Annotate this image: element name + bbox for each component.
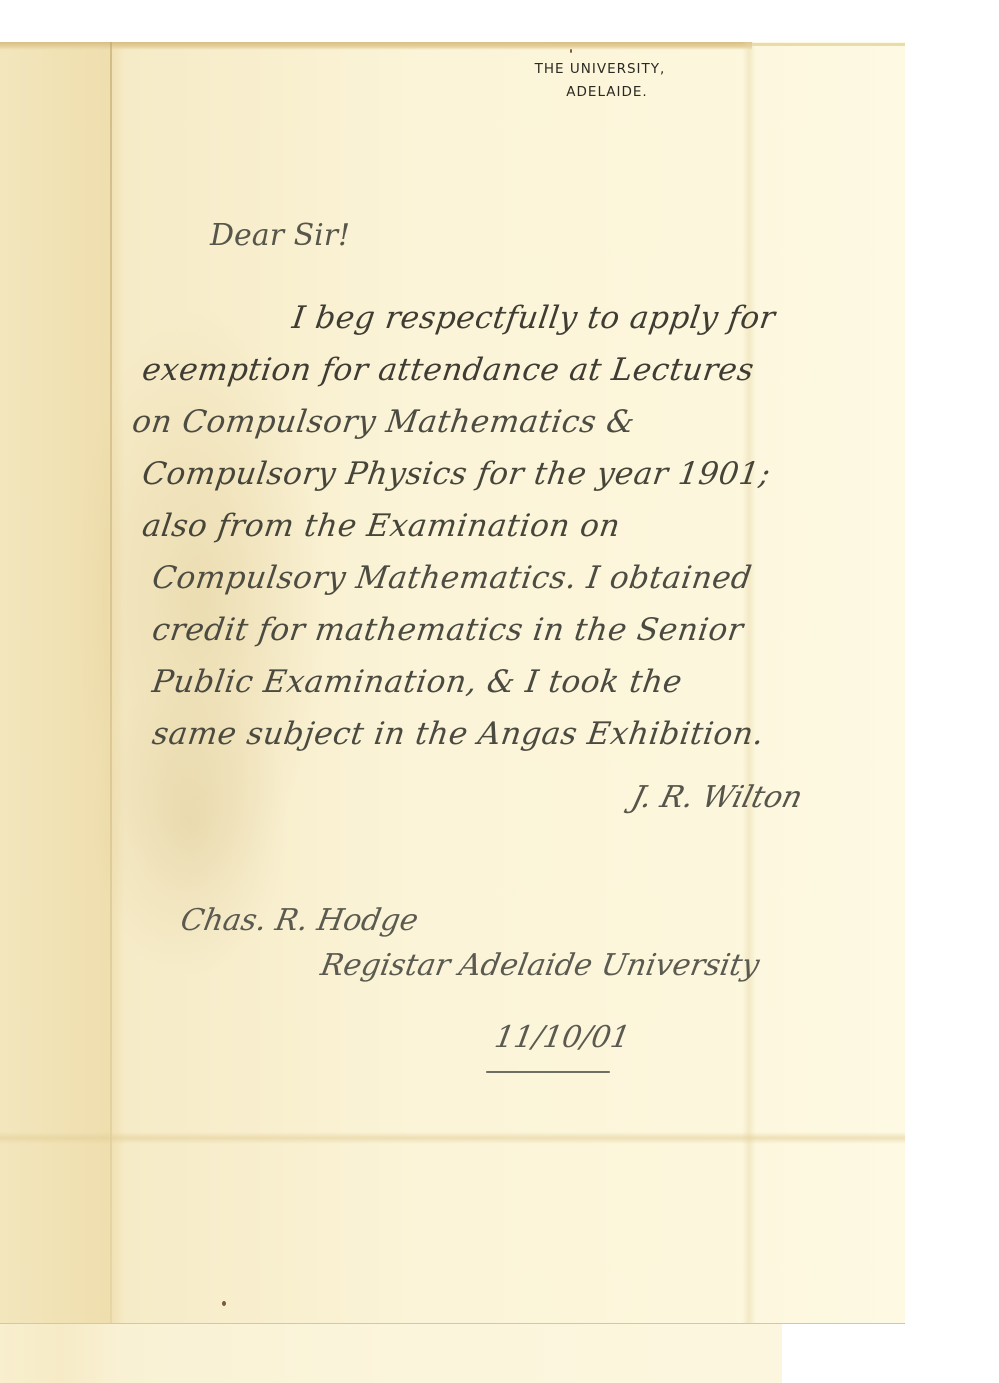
body-line: Compulsory Physics for the year 1901; [140,456,773,492]
body-line: I beg respectfully to apply for [290,300,778,336]
body-line: credit for mathematics in the Senior [150,612,746,648]
letterhead-line-2: ADELAIDE. [490,81,710,104]
addressee-title: Registar Adelaide University [318,948,762,983]
horizontal-fold [0,1132,905,1144]
body-line: exemption for attendance at Lectures [140,352,756,388]
body-line: on Compulsory Mathematics & [130,404,637,440]
letter-date: 11/10/01 [492,1020,633,1055]
vertical-fold-right [742,42,756,1323]
salutation: Dear Sir! [210,218,350,253]
vertical-fold-left [110,42,112,1323]
ink-spot [222,1301,226,1306]
addressee-name: Chas. R. Hodge [178,903,421,938]
body-line: Public Examination, & I took the [150,664,685,700]
body-line: also from the Examination on [140,508,623,544]
stained-top-edge [0,42,752,50]
letterhead-line-1: THE UNIVERSITY, [490,58,710,81]
ink-speck [570,49,572,53]
top-edge-right [752,43,905,46]
letterhead: THE UNIVERSITY, ADELAIDE. [490,58,710,104]
body-line: Compulsory Mathematics. I obtained [150,560,754,596]
date-underline [486,1071,610,1073]
signature: J. R. Wilton [628,780,806,815]
body-line: same subject in the Angas Exhibition. [150,716,766,752]
